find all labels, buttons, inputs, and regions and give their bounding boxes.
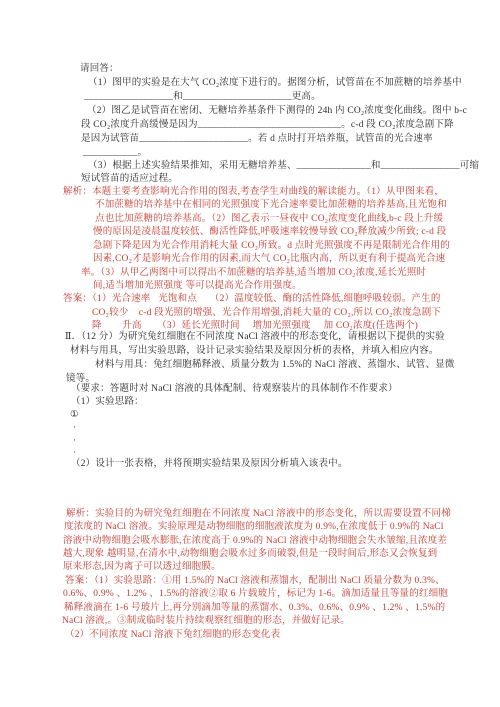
- answer-explanation-line: 答案：（1）实验思路：①用 1.5%的 NaCl 溶液和蒸馏水，配制出 NaCl…: [65, 575, 445, 588]
- question-text-line: （1）实验思路：: [71, 396, 144, 409]
- answer-explanation-line: 越大,现象 越明显,在清水中,动物细胞会吸水过多而破裂,但是一段时间后,形态又会…: [63, 548, 437, 561]
- question-text-line: 材料与用具：兔红细胞稀释液、质量分数为 1.5%的 NaCl 溶液、蒸馏水、试管…: [95, 359, 455, 372]
- answer-explanation-line: 解析：本题主要考查影响光合作用的图表,考查学生对曲线的解读能力。（1）从甲图来看…: [63, 186, 444, 199]
- question-text-line: 段 CO₂浓度升高缓慢是因为__________________________…: [81, 119, 454, 132]
- question-text-line: Ⅱ．（12 分）为研究兔红细胞在不同浓度 NaCl 溶液中的形态变化，请根据以下…: [65, 331, 445, 344]
- document-page: 请回答：（1）图甲的实验是在大气 CO₂浓度下进行的。据图分析，试管苗在不加蔗糖…: [0, 0, 500, 707]
- answer-explanation-line: 0.6%、0.9% 、1.2% 、1.5%的溶液②取 6 片载玻片，标记为 1-…: [63, 588, 448, 601]
- question-text-line: （要求：答题时对 NaCl 溶液的具体配制、待观察装片的具体制作不作要求）: [71, 383, 398, 396]
- answer-explanation-line: 因素,CO₂才是影响光合作用的因素,而大气 CO₂比瓶内高，所以更有利于提高光合…: [93, 253, 445, 266]
- question-text-line: 短试管苗的适应过程。: [81, 173, 178, 186]
- question-text-line: ·: [73, 422, 76, 435]
- answer-explanation-line: 稀释液滴在 1-6 号玻片上,再分别滴加等量的蒸馏水、0.3%、0.6%、0.9…: [64, 602, 445, 615]
- question-text-line: 材料与用具，写出实验思路，设计记录实验结果及原因分析的表格，并填入相应内容。: [70, 345, 439, 358]
- question-text-line: （1）图甲的实验是在大气 CO₂浓度下进行的。据图分析，试管苗在不加蔗糖的培养基…: [88, 77, 462, 90]
- answer-explanation-line: 答案：（1）光合速率 光饱和点 （2）温度较低、酶的活性降低,细胞呼吸较弱。产生…: [63, 293, 441, 306]
- answer-explanation-line: 原来形态,因为离子可以透过细胞膜。: [63, 561, 221, 574]
- answer-explanation-line: 慢的原因是凌晨温度较低、酶活性降低,呼吸速率较慢导致 CO₂释放减少所致; c-…: [93, 226, 446, 239]
- answer-explanation-line: 不加蔗糖的培养基中在相同的光照强度下光合速率要比加蔗糖的培养基高,且光饱和: [95, 199, 447, 212]
- question-text-line: 是因为试管苗______________________。若 d 点时打开培养瓶…: [81, 133, 433, 146]
- answer-explanation-line: 溶液中动物细胞会吸水膨胀,在浓度高于 0.9%的 NaCl 溶液中动物细胞会失水…: [63, 535, 447, 548]
- question-text-line: （2）图乙是试管苗在密闭、无糖培养基条件下测得的 24h 内 CO₂浓度变化曲线…: [87, 105, 467, 118]
- answer-explanation-line: 率。（3）从甲乙两图中可以得出不加蔗糖的培养基,适当增加 CO₂浓度,延长光照时: [81, 267, 426, 280]
- question-text-line: ①: [70, 409, 79, 422]
- question-text-line: （3）根据上述实验结果推知，采用无糖培养基、_______________和__…: [88, 160, 479, 173]
- question-text-line: __________________和_____________________…: [84, 91, 321, 104]
- answer-explanation-line: 间,适当增加光照强度 等可以提高光合作用强度。: [93, 280, 302, 293]
- question-text-line: （2）设计一张表格，并将预期实验结果及原因分析填入该表中。: [71, 458, 348, 471]
- answer-explanation-line: 点也比加蔗糖的培养基高。（2）图乙表示一昼夜中 CO₂浓度变化曲线,b-c 段上…: [95, 213, 443, 226]
- answer-explanation-line: 度浓度的 NaCl 溶液。实验原理是动物细胞的细胞液浓度为 0.9%,在浓度低于…: [64, 521, 444, 534]
- answer-explanation-line: 急剧下降是因为光合作用消耗大量 CO₂所致。d 点时光照强度不再是限制光合作用的: [93, 240, 450, 253]
- answer-explanation-line: NaCl 溶液,。③制成临时装片持续观察红细胞的形态，并做好记录。: [62, 615, 350, 628]
- question-text-line: 请回答：: [80, 63, 119, 76]
- answer-explanation-line: CO₂较少 c-d 段光照的增强、光合作用增强,消耗大量的 CO₂,所以 CO₂…: [92, 307, 441, 320]
- question-text-line: ___________。: [83, 147, 147, 160]
- answer-explanation-line: （2）不同浓度 NaCl 溶液下兔红细胞的形态变化表: [65, 629, 280, 642]
- answer-explanation-line: 解析：实验目的为研究兔红细胞在不同浓度 NaCl 溶液中的形态变化，所以需要设置…: [66, 508, 451, 521]
